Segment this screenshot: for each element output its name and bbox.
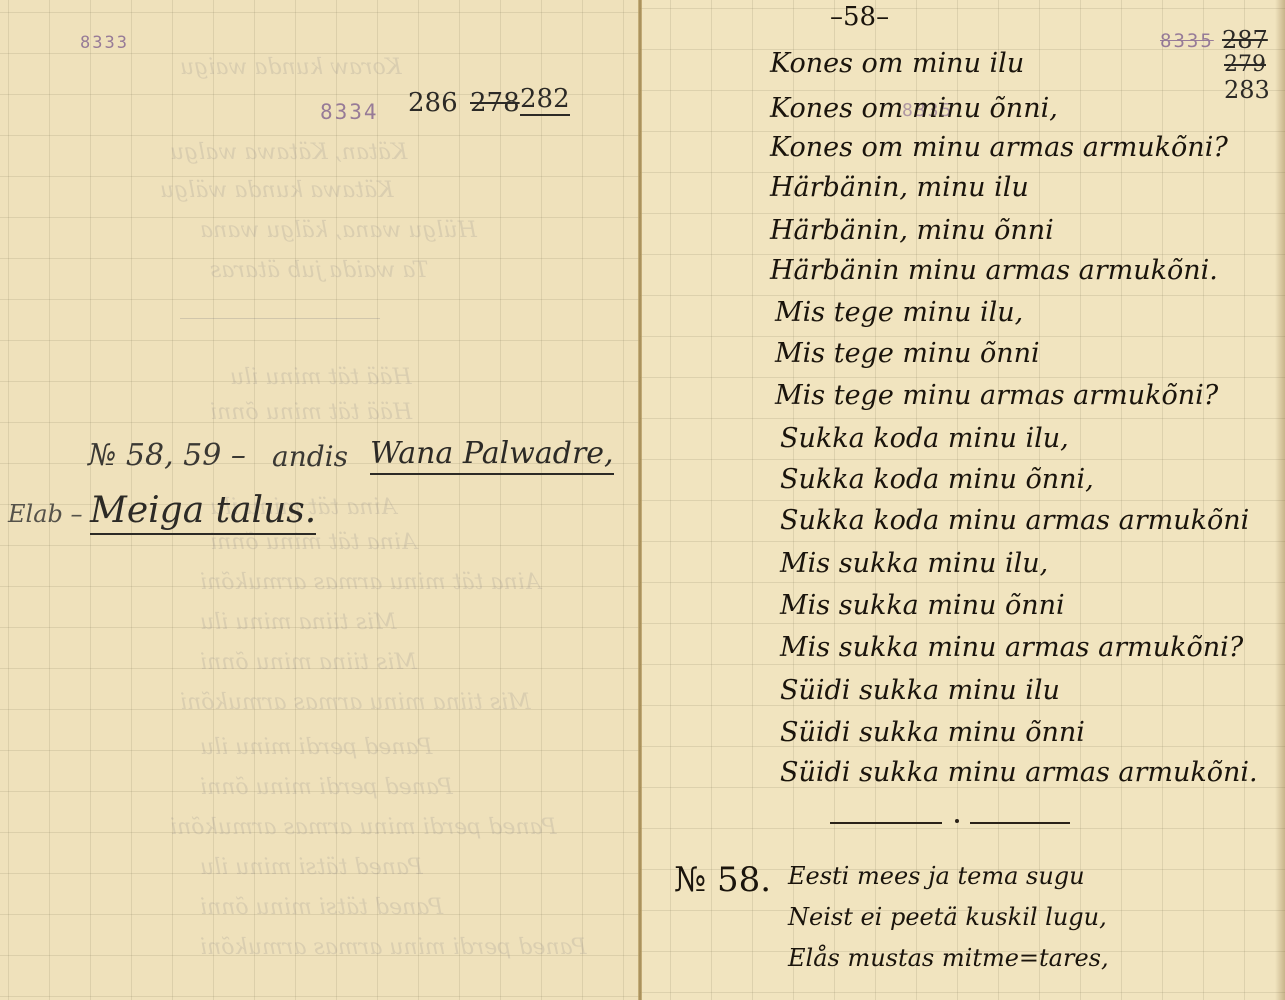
book-gutter — [638, 0, 642, 1000]
song-line: Mis sukka minu ilu, — [780, 548, 1048, 579]
bleed-through-rule — [180, 318, 380, 319]
left-page: Koraw kunda waigu Kätan, Kätawa walgu Kä… — [0, 0, 640, 1000]
page-heading: –58– — [830, 2, 889, 32]
bleed-through-line: Paned perdi minu armas armukõni — [170, 815, 557, 840]
page-edge — [1275, 0, 1285, 1000]
song-line: Eesti mees ja tema sugu — [788, 862, 1085, 890]
notebook-spread: Koraw kunda waigu Kätan, Kätawa walgu Kä… — [0, 0, 1285, 1000]
bleed-through-line: Paned perdi minu ilu — [200, 735, 432, 760]
farm-name: Meiga talus. — [90, 490, 316, 535]
bleed-through-line: Hää tät minu ilu — [230, 365, 412, 390]
song-number: № 58. — [674, 860, 771, 900]
gave-by-label: andis — [272, 440, 348, 473]
archive-stamp: 8333 — [80, 33, 129, 53]
bleed-through-line: Mis tiina minu õnni — [200, 650, 417, 675]
archive-number-corrected: 282 — [520, 84, 570, 116]
song-line: Sukka koda minu õnni, — [780, 464, 1094, 495]
bleed-through-line: Mis tiina minu ilu — [200, 610, 397, 635]
bleed-through-line: Kätawa kunda wälgu — [160, 178, 394, 203]
song-line: Kones om minu ilu — [770, 48, 1024, 79]
right-page: –58– 8335 8335 287 279 283 Kones om minu… — [640, 0, 1285, 1000]
song-line: Härbänin, minu ilu — [770, 172, 1029, 203]
song-line: Mis tege minu armas armukõni? — [775, 380, 1218, 411]
song-line: Süidi sukka minu ilu — [780, 675, 1060, 706]
archive-number-struck: 287 — [1222, 26, 1268, 54]
archive-number-struck: 279 — [1224, 52, 1266, 77]
lives-label: Elab – — [8, 500, 83, 528]
archive-number: 286 — [408, 88, 458, 118]
song-number-note: № 58, 59 – — [88, 438, 246, 473]
archive-number-struck: 278 — [470, 88, 520, 118]
song-line: Mis tege minu ilu, — [775, 297, 1023, 328]
song-line: Kones om minu õnni, — [770, 93, 1058, 124]
song-line: Neist ei peetä kuskil lugu, — [788, 903, 1107, 931]
archive-number-corrected: 283 — [1224, 76, 1270, 104]
bleed-through-line: Koraw kunda waigu — [180, 55, 402, 80]
archive-stamp: 8335 — [1160, 30, 1214, 52]
section-divider — [830, 822, 942, 824]
song-line: Kones om minu armas armukõni? — [770, 132, 1228, 163]
song-line: Elås mustas mitme=tares, — [788, 944, 1109, 972]
bleed-through-line: Paned tätsi minu ilu — [200, 855, 423, 880]
section-divider-dot — [955, 819, 959, 823]
archive-stamp: 8334 — [320, 100, 379, 124]
informant-name: Wana Palwadre, — [370, 436, 614, 475]
song-line: Härbänin minu armas armukõni. — [770, 255, 1218, 286]
song-line: Sukka koda minu ilu, — [780, 423, 1069, 454]
bleed-through-line: Kätan, Kätawa walgu — [170, 140, 407, 165]
bleed-through-line: Hülgu wana, kälgu wana — [200, 218, 477, 243]
bleed-through-line: Paned tätsi minu õnni — [200, 895, 443, 920]
song-line: Sukka koda minu armas armukõni — [780, 505, 1249, 536]
bleed-through-line: Aina tät minu armas armukõni — [200, 570, 541, 595]
song-line: Mis sukka minu õnni — [780, 590, 1065, 621]
song-line: Süidi sukka minu armas armukõni. — [780, 757, 1258, 788]
song-line: Mis tege minu õnni — [775, 338, 1040, 369]
song-line: Mis sukka minu armas armukõni? — [780, 632, 1243, 663]
section-divider — [970, 822, 1070, 824]
bleed-through-line: Mis tiina minu armas armukõni — [180, 690, 531, 715]
bleed-through-line: Paned perdi minu armas armukõni — [200, 935, 587, 960]
bleed-through-line: Ta waida jub ätaras — [210, 258, 428, 283]
song-line: Härbänin, minu õnni — [770, 215, 1054, 246]
bleed-through-line: Paned perdi minu õnni — [200, 775, 453, 800]
song-line: Süidi sukka minu õnni — [780, 717, 1085, 748]
bleed-through-line: Hää tät minu õnni — [210, 400, 412, 425]
